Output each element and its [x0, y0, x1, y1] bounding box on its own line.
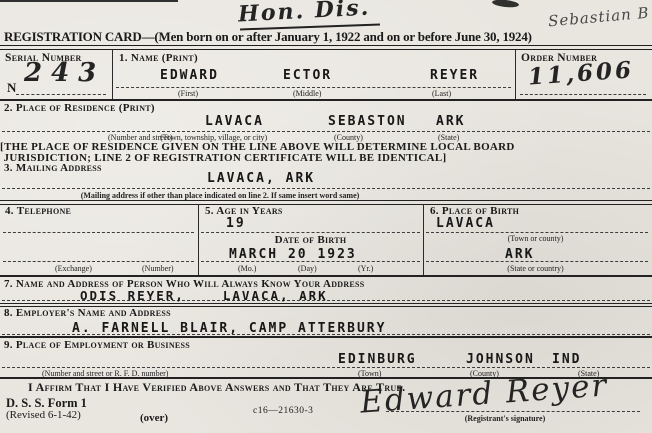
birthplace-state-underline — [426, 261, 648, 262]
name-middle-value: ECTOR — [283, 68, 332, 83]
residence-underline — [2, 131, 650, 132]
row-contact: 7. Name and Address of Person Who Will A… — [0, 277, 652, 303]
birthplace-state-sublabel: (State or country) — [423, 264, 648, 273]
telephone-underline — [3, 261, 194, 262]
serial-underline — [16, 94, 106, 95]
contact-value: ODIS REYER, LAVACA, ARK — [80, 288, 328, 303]
birthplace-town-value: LAVACA — [436, 216, 495, 231]
age-underline — [201, 232, 420, 233]
telephone-underline — [3, 232, 194, 233]
employer-underline — [2, 334, 650, 335]
dob-underline — [201, 261, 420, 262]
serial-prefix: N — [7, 80, 16, 96]
telephone-field-label: 4. Telephone — [5, 205, 71, 217]
registration-card-scan: Hon. Dis. Sebastian B REGISTRATION CARD—… — [0, 0, 652, 433]
residence-city-value: LAVACA — [205, 114, 264, 129]
ink-smudge — [492, 0, 520, 8]
telephone-exchange-sublabel: (Exchange) — [55, 264, 92, 273]
dob-year-sublabel: (Yr.) — [358, 264, 373, 273]
column-divider — [112, 50, 113, 99]
handwritten-annotation-hon-dis: Hon. Dis. — [237, 0, 370, 27]
row-residence: 2. Place of Residence (Print) LAVACA SEB… — [0, 102, 652, 160]
name-underline — [116, 87, 511, 88]
mailing-address-value: LAVACA, ARK — [207, 171, 315, 186]
mailing-field-label: 3. Mailing Address — [4, 162, 102, 174]
row-telephone-age-birth: 4. Telephone (Exchange) (Number) 5. Age … — [0, 204, 652, 275]
employment-underline — [2, 367, 650, 368]
age-value: 19 — [226, 216, 246, 231]
name-field-label: 1. Name (Print) — [119, 52, 198, 64]
over-note: (over) — [140, 412, 168, 424]
signature-sublabel: (Registrant's signature) — [420, 414, 590, 423]
residence-field-label: 2. Place of Residence (Print) — [4, 102, 155, 114]
employment-field-label: 9. Place of Employment or Business — [4, 339, 190, 351]
serial-number-value: 243 — [24, 58, 105, 88]
signature-underline — [386, 411, 640, 412]
section-rule — [0, 99, 652, 101]
row-employer: 8. Employer's Name and Address A. FARNEL… — [0, 306, 652, 336]
name-first-value: EDWARD — [160, 68, 219, 83]
name-first-sublabel: (First) — [178, 89, 198, 98]
birthplace-town-underline — [426, 232, 648, 233]
name-last-sublabel: (Last) — [432, 89, 451, 98]
scan-edge-artifact — [0, 0, 178, 2]
mailing-underline — [2, 188, 650, 189]
column-divider — [515, 50, 516, 99]
date-of-birth-value: MARCH 20 1923 — [229, 247, 357, 262]
form-revision: (Revised 6-1-42) — [6, 409, 81, 421]
name-last-value: REYER — [430, 68, 479, 83]
row-serial-name-order: Serial Number N 243 1. Name (Print) EDWA… — [0, 50, 652, 99]
mailing-sublabel: (Mailing address if other than place ind… — [0, 191, 440, 200]
dob-day-sublabel: (Day) — [298, 264, 317, 273]
residence-state-value: ARK — [436, 114, 465, 129]
employment-state-value: IND — [552, 352, 581, 367]
print-code: c16—21630-3 — [253, 406, 313, 416]
date-of-birth-label: Date of Birth — [198, 234, 423, 246]
dob-month-sublabel: (Mo.) — [238, 264, 256, 273]
card-title: REGISTRATION CARD—(Men born on or after … — [4, 29, 532, 45]
residence-county-value: SEBASTON — [328, 114, 407, 129]
employment-county-value: JOHNSON — [466, 352, 535, 367]
row-mailing: 3. Mailing Address LAVACA, ARK (Mailing … — [0, 160, 652, 201]
handwritten-annotation-corner: Sebastian B — [547, 4, 650, 31]
name-middle-sublabel: (Middle) — [293, 89, 321, 98]
order-underline — [520, 94, 646, 95]
telephone-number-sublabel: (Number) — [142, 264, 174, 273]
affirmation-statement: I Affirm That I Have Verified Above Answ… — [28, 380, 405, 395]
employer-field-label: 8. Employer's Name and Address — [4, 307, 171, 319]
birthplace-town-sublabel: (Town or county) — [423, 234, 648, 243]
employment-town-value: EDINBURG — [338, 352, 417, 367]
birthplace-state-value: ARK — [505, 247, 534, 262]
